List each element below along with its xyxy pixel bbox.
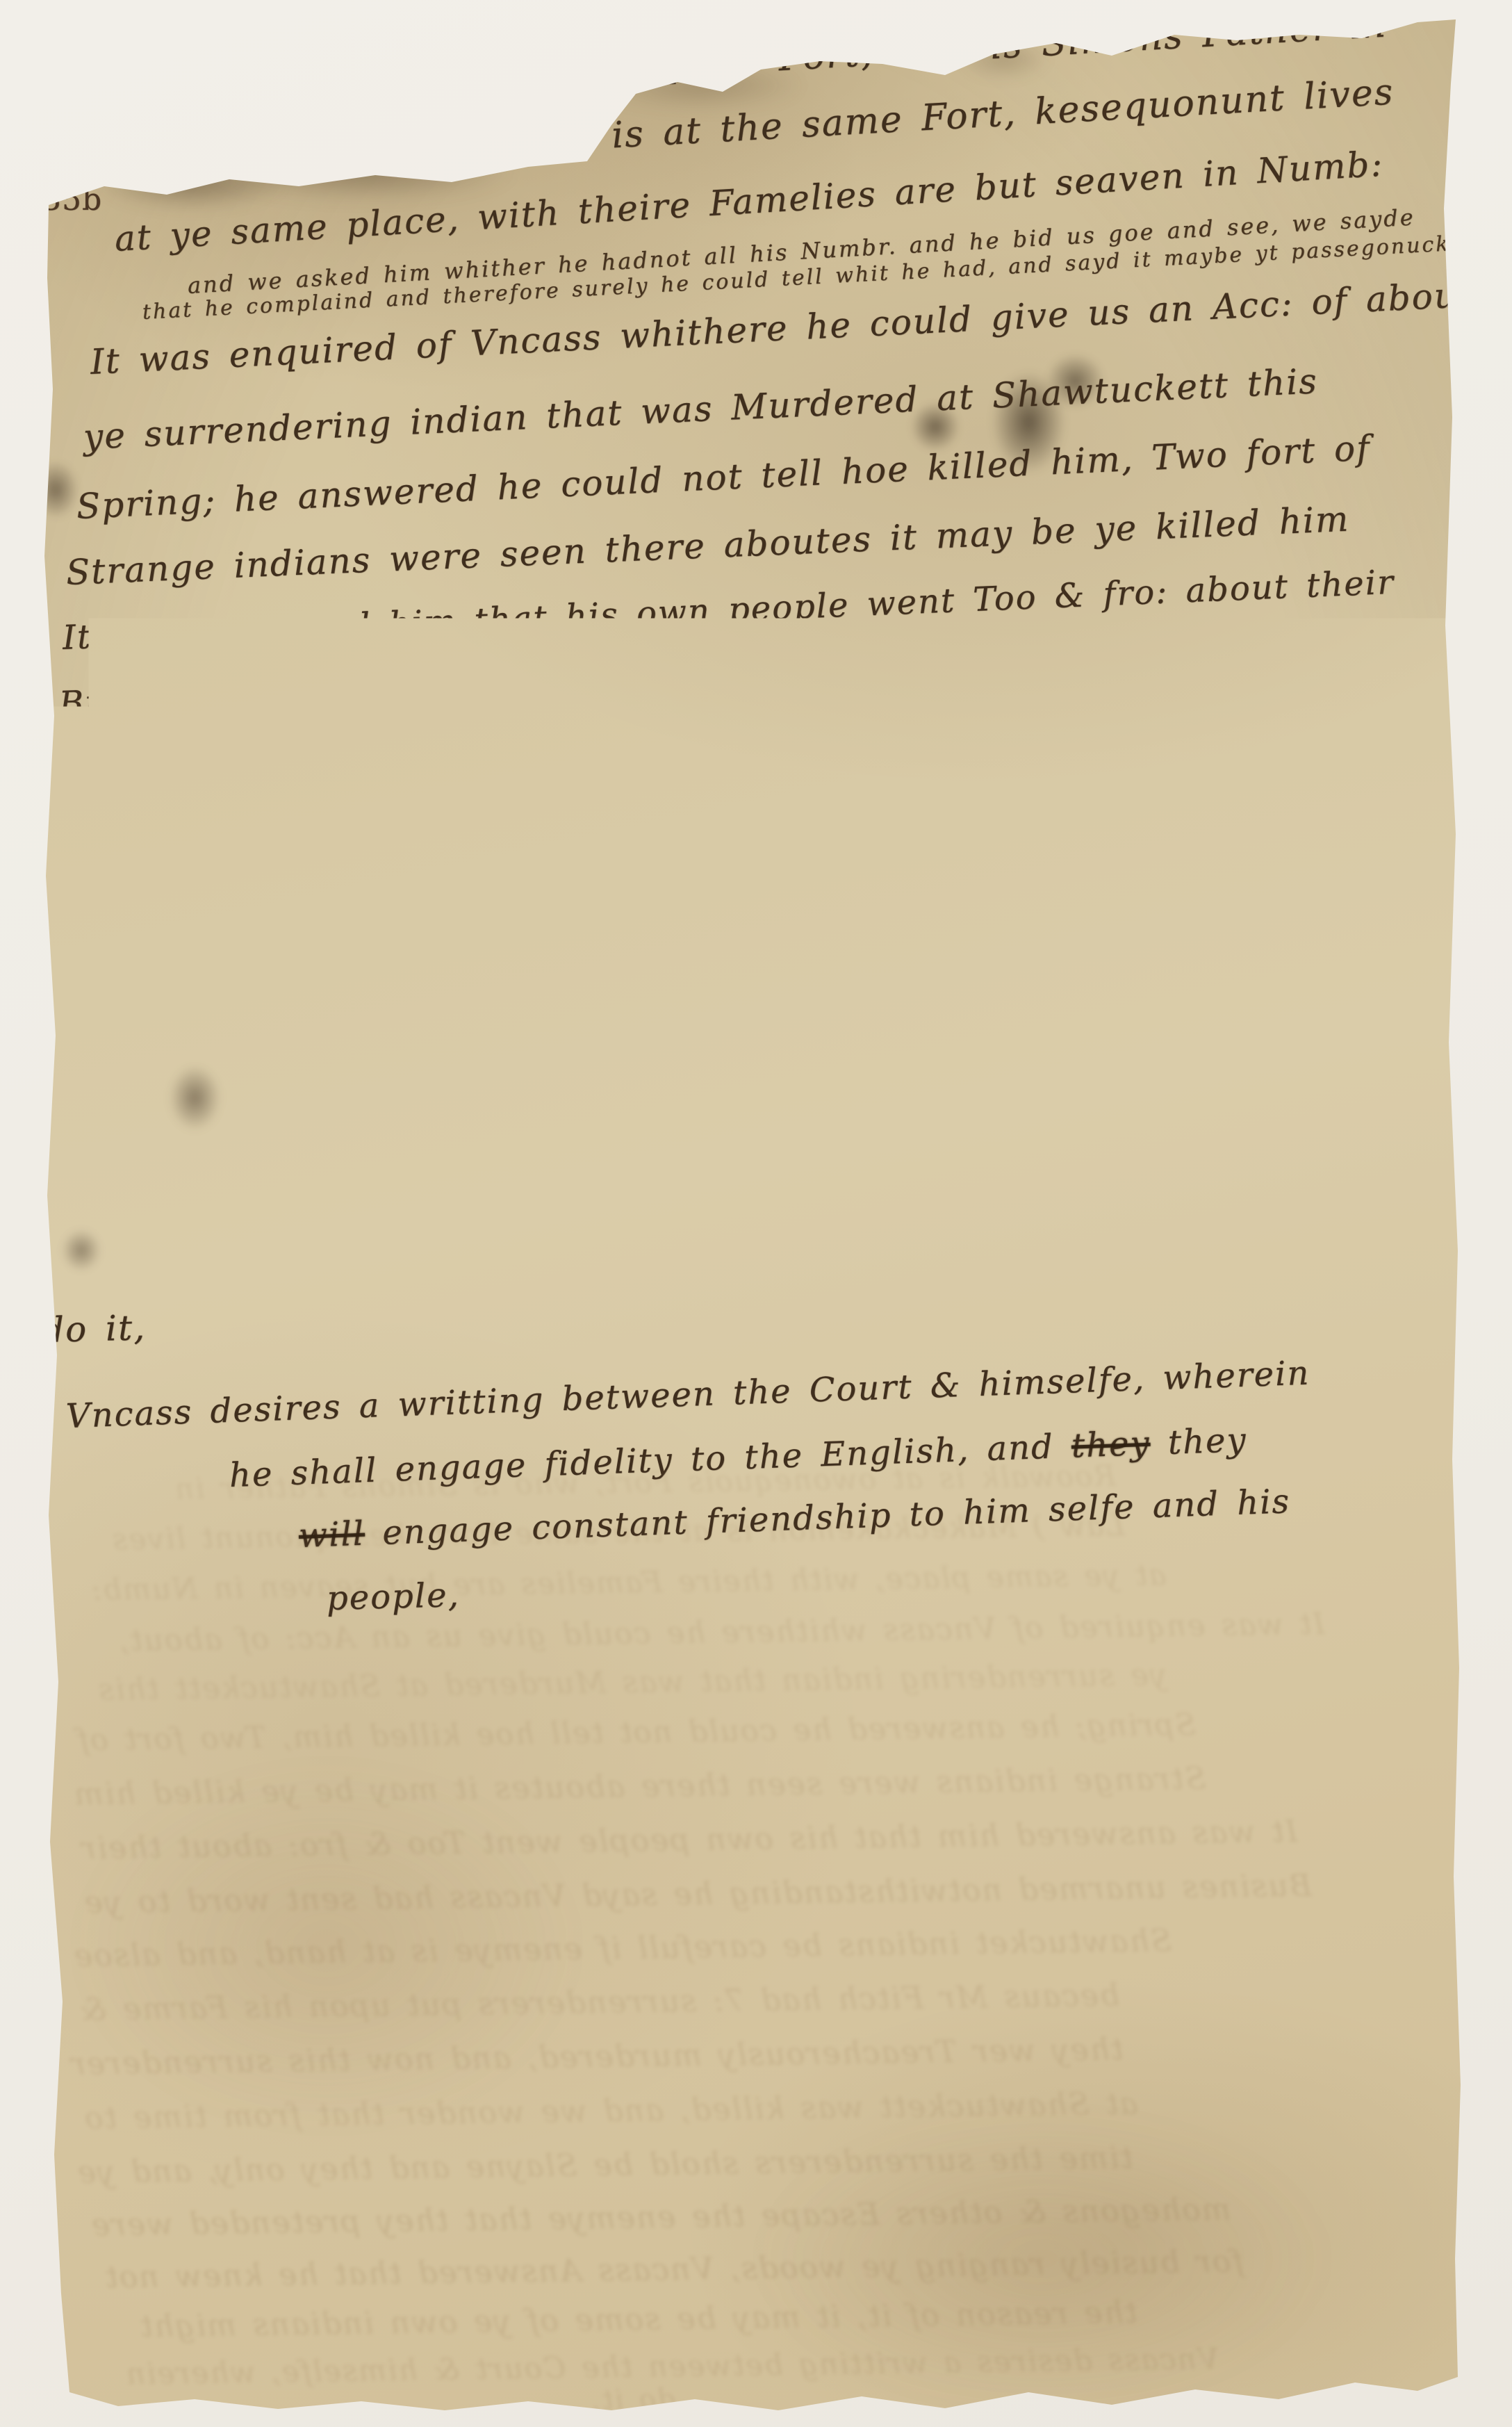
line-segment: we are the more bent after enquiery abou… <box>54 776 921 850</box>
bleedthrough-line: mohegons & others Escape the enemye that… <box>90 2192 1231 2244</box>
bleedthrough-line: for busiely ranging ye woods, Vncass Ans… <box>104 2244 1244 2296</box>
ink-stain <box>32 460 79 519</box>
bleedthrough-line: Spring; he answered he could not tell ho… <box>76 1708 1197 1758</box>
document-scan: 35b Roowalk is at owonequois Fort, who i… <box>0 0 1512 2427</box>
ink-stain <box>208 145 514 200</box>
bleedthrough-line: It was enquired of Vncass whithere he co… <box>118 1607 1325 1658</box>
bleedthrough-line: It was answered him that his own people … <box>80 1814 1298 1866</box>
manuscript-line: do it, <box>41 1307 146 1350</box>
bleedthrough-line: Busines unarmed notwithstanding he sayd … <box>83 1868 1313 1921</box>
bleedthrough-line: ye surrendering indian that was Murdered… <box>97 1658 1167 1707</box>
bleedthrough-line: Law ) Makeckakemon is at the same Fort, … <box>111 1508 1125 1556</box>
line-segment: they <box>1150 1421 1248 1463</box>
bleedthrough-line: Shawtucket indians be carefull if enemye… <box>73 1923 1172 1974</box>
manuscript-page: 35b Roowalk is at owonequois Fort, who i… <box>0 0 1512 2427</box>
ink-stain <box>97 154 285 210</box>
manuscript-line: Vncass desires a writting between the Co… <box>65 1354 1310 1436</box>
bleedthrough-line: time the surrenderers shold be Slayne an… <box>76 2140 1133 2190</box>
strikethrough-word: the <box>919 774 982 817</box>
bleedthrough-line: Strange indians were seen there aboutes … <box>73 1761 1206 1813</box>
line-segment: death of this man <box>980 760 1348 815</box>
page-number-annotation: 35b <box>42 182 102 218</box>
ink-stain <box>66 104 129 146</box>
bleedthrough-line: they wer Treacherously murdered, and now… <box>69 2032 1124 2082</box>
bleedthrough-line: the reason of it, it may be some of ye o… <box>139 2295 1137 2344</box>
ink-stain <box>31 89 153 162</box>
bleedthrough-line: do it, <box>591 2383 676 2417</box>
bleedthrough-line: becaus Mr Fitch had 7: surrenderers put … <box>78 1978 1120 2028</box>
bleedthrough-line: at Shawtuckett was killed, and we wonder… <box>83 2086 1138 2136</box>
bleedthrough-line: at ye same place, with theire Famelies a… <box>90 1558 1167 1607</box>
manuscript-line: the reason of it, it may be some of ye o… <box>41 1212 1176 1288</box>
